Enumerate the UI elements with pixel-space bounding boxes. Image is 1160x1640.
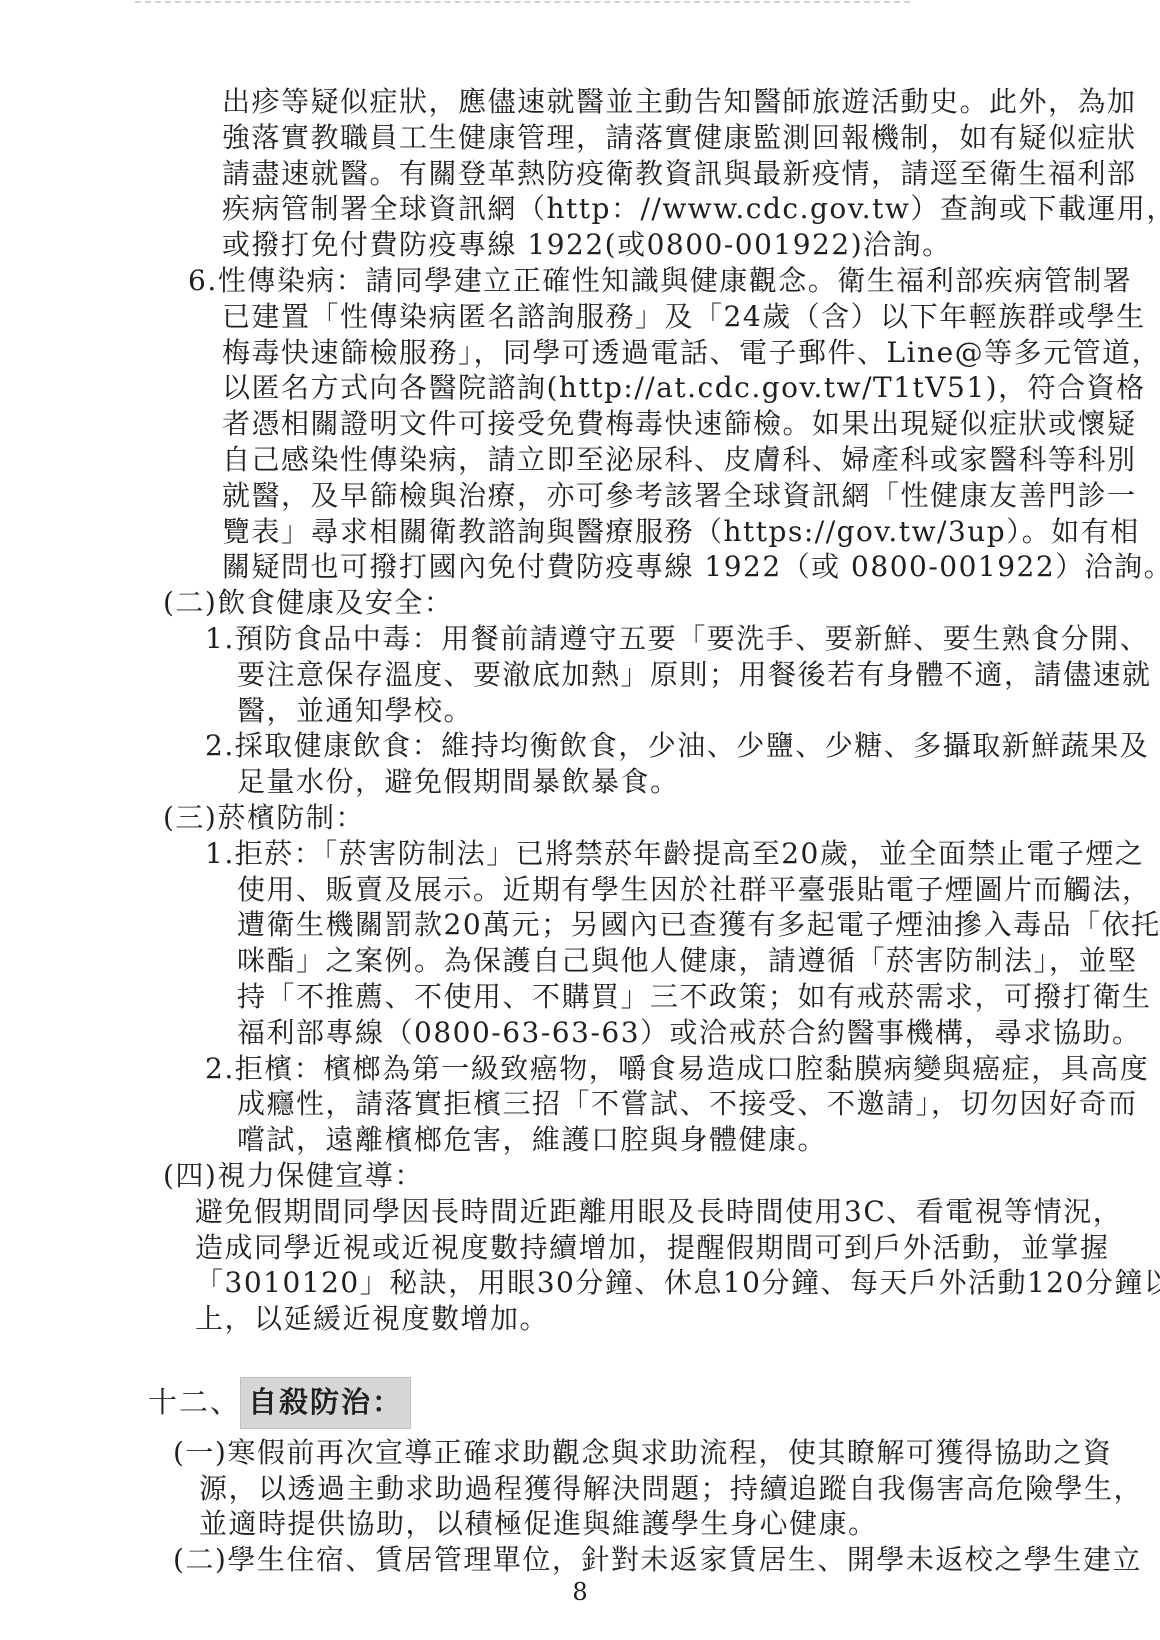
text-line: (一)寒假前再次宣導正確求助觀念與求助流程，使其瞭解可獲得協助之資 [0,1435,1160,1471]
text-line: 覽表」尋求相關衛教諮詢與醫療服務（https://gov.tw/3up）。如有相 [0,514,1160,550]
body-text-lines: 出疹等疑似症狀，應儘速就醫並主動告知醫師旅遊活動史。此外，為加強落實教職員工生健… [0,84,1160,1337]
text-line: 嚐試，遠離檳榔危害，維護口腔與身體健康。 [0,1122,1160,1158]
document-page: 出疹等疑似症狀，應儘速就醫並主動告知醫師旅遊活動史。此外，為加強落實教職員工生健… [0,0,1160,1640]
text-line: 要注意保存溫度、要澈底加熱」原則；用餐後若有身體不適，請儘速就 [0,657,1160,693]
text-line: 2.採取健康飲食：維持均衡飲食，少油、少鹽、少糖、多攝取新鮮蔬果及 [0,728,1160,764]
text-line: 就醫，及早篩檢與治療，亦可參考該署全球資訊網「性健康友善門診一 [0,478,1160,514]
text-line: 咪酯」之案例。為保護自己與他人健康，請遵循「菸害防制法」，並堅 [0,943,1160,979]
scan-artifact-top [135,1,910,3]
text-line: 成癮性，請落實拒檳三招「不嘗試、不接受、不邀請」，切勿因好奇而 [0,1086,1160,1122]
text-line: 遭衛生機關罰款20萬元；另國內已查獲有多起電子煙油摻入毒品「依托 [0,907,1160,943]
text-line: 避免假期間同學因長時間近距離用眼及長時間使用3C、看電視等情況， [0,1194,1160,1230]
text-line: 源，以透過主動求助過程獲得解決問題；持續追蹤自我傷害高危險學生， [0,1471,1160,1507]
text-line: 2.拒檳：檳榔為第一級致癌物，嚼食易造成口腔黏膜病變與癌症，具高度 [0,1051,1160,1087]
section-12-title-highlighted: 自殺防治： [241,1378,410,1428]
text-line: 6.性傳染病：請同學建立正確性知識與健康觀念。衛生福利部疾病管制署 [0,263,1160,299]
text-line: 疾病管制署全球資訊網（http：//www.cdc.gov.tw）查詢或下載運用… [0,191,1160,227]
text-line: 「3010120」秘訣，用眼30分鐘、休息10分鐘、每天戶外活動120分鐘以 [0,1265,1160,1301]
bottom-text-lines: (一)寒假前再次宣導正確求助觀念與求助流程，使其瞭解可獲得協助之資源，以透過主動… [0,1435,1160,1578]
text-line: 請盡速就醫。有關登革熱防疫衛教資訊與最新疫情，請逕至衛生福利部 [0,156,1160,192]
text-line: 造成同學近視或近視度數持續增加，提醒假期間可到戶外活動，並掌握 [0,1230,1160,1266]
text-line: (四)視力保健宣導： [0,1158,1160,1194]
text-line: 並適時提供協助，以積極促進與維護學生身心健康。 [0,1506,1160,1542]
text-line: (二)飲食健康及安全： [0,585,1160,621]
text-line: 已建置「性傳染病匿名諮詢服務」及「24歲（含）以下年輕族群或學生 [0,299,1160,335]
text-line: (二)學生住宿、賃居管理單位，針對未返家賃居生、開學未返校之學生建立 [0,1542,1160,1578]
text-line: 使用、販賣及展示。近期有學生因於社群平臺張貼電子煙圖片而觸法， [0,872,1160,908]
text-line: 關疑問也可撥打國內免付費防疫專線 1922（或 0800-001922）洽詢。 [0,549,1160,585]
text-line: 足量水份，避免假期間暴飲暴食。 [0,764,1160,800]
text-line: 以匿名方式向各醫院諮詢(http://at.cdc.gov.tw/T1tV51)… [0,370,1160,406]
text-line: 福利部專線（0800-63-63-63）或洽戒菸合約醫事機構，尋求協助。 [0,1015,1160,1051]
document-body: 出疹等疑似症狀，應儘速就醫並主動告知醫師旅遊活動史。此外，為加強落實教職員工生健… [0,84,1160,1578]
text-line: 強落實教職員工生健康管理，請落實健康監測回報機制，如有疑似症狀 [0,120,1160,156]
text-line: 自己感染性傳染病，請立即至泌尿科、皮膚科、婦產科或家醫科等科別 [0,442,1160,478]
text-line: 者憑相關證明文件可接受免費梅毒快速篩檢。如果出現疑似症狀或懷疑 [0,406,1160,442]
page-number: 8 [0,1578,1160,1606]
text-line: 上，以延緩近視度數增加。 [0,1301,1160,1337]
text-line: 1.預防食品中毒：用餐前請遵守五要「要洗手、要新鮮、要生熟食分開、 [0,621,1160,657]
text-line: 出疹等疑似症狀，應儘速就醫並主動告知醫師旅遊活動史。此外，為加 [0,84,1160,120]
section-12-heading: 十二、自殺防治： [0,1378,1160,1428]
text-line: 或撥打免付費防疫專線 1922(或0800-001922)洽詢。 [0,227,1160,263]
text-line: (三)菸檳防制： [0,800,1160,836]
section-12-number: 十二、 [148,1385,241,1419]
text-line: 持「不推薦、不使用、不購買」三不政策；如有戒菸需求，可撥打衛生 [0,979,1160,1015]
text-line: 醫，並通知學校。 [0,693,1160,729]
text-line: 梅毒快速篩檢服務」，同學可透過電話、電子郵件、Line@等多元管道， [0,335,1160,371]
text-line: 1.拒菸：「菸害防制法」已將禁菸年齡提高至20歲，並全面禁止電子煙之 [0,836,1160,872]
